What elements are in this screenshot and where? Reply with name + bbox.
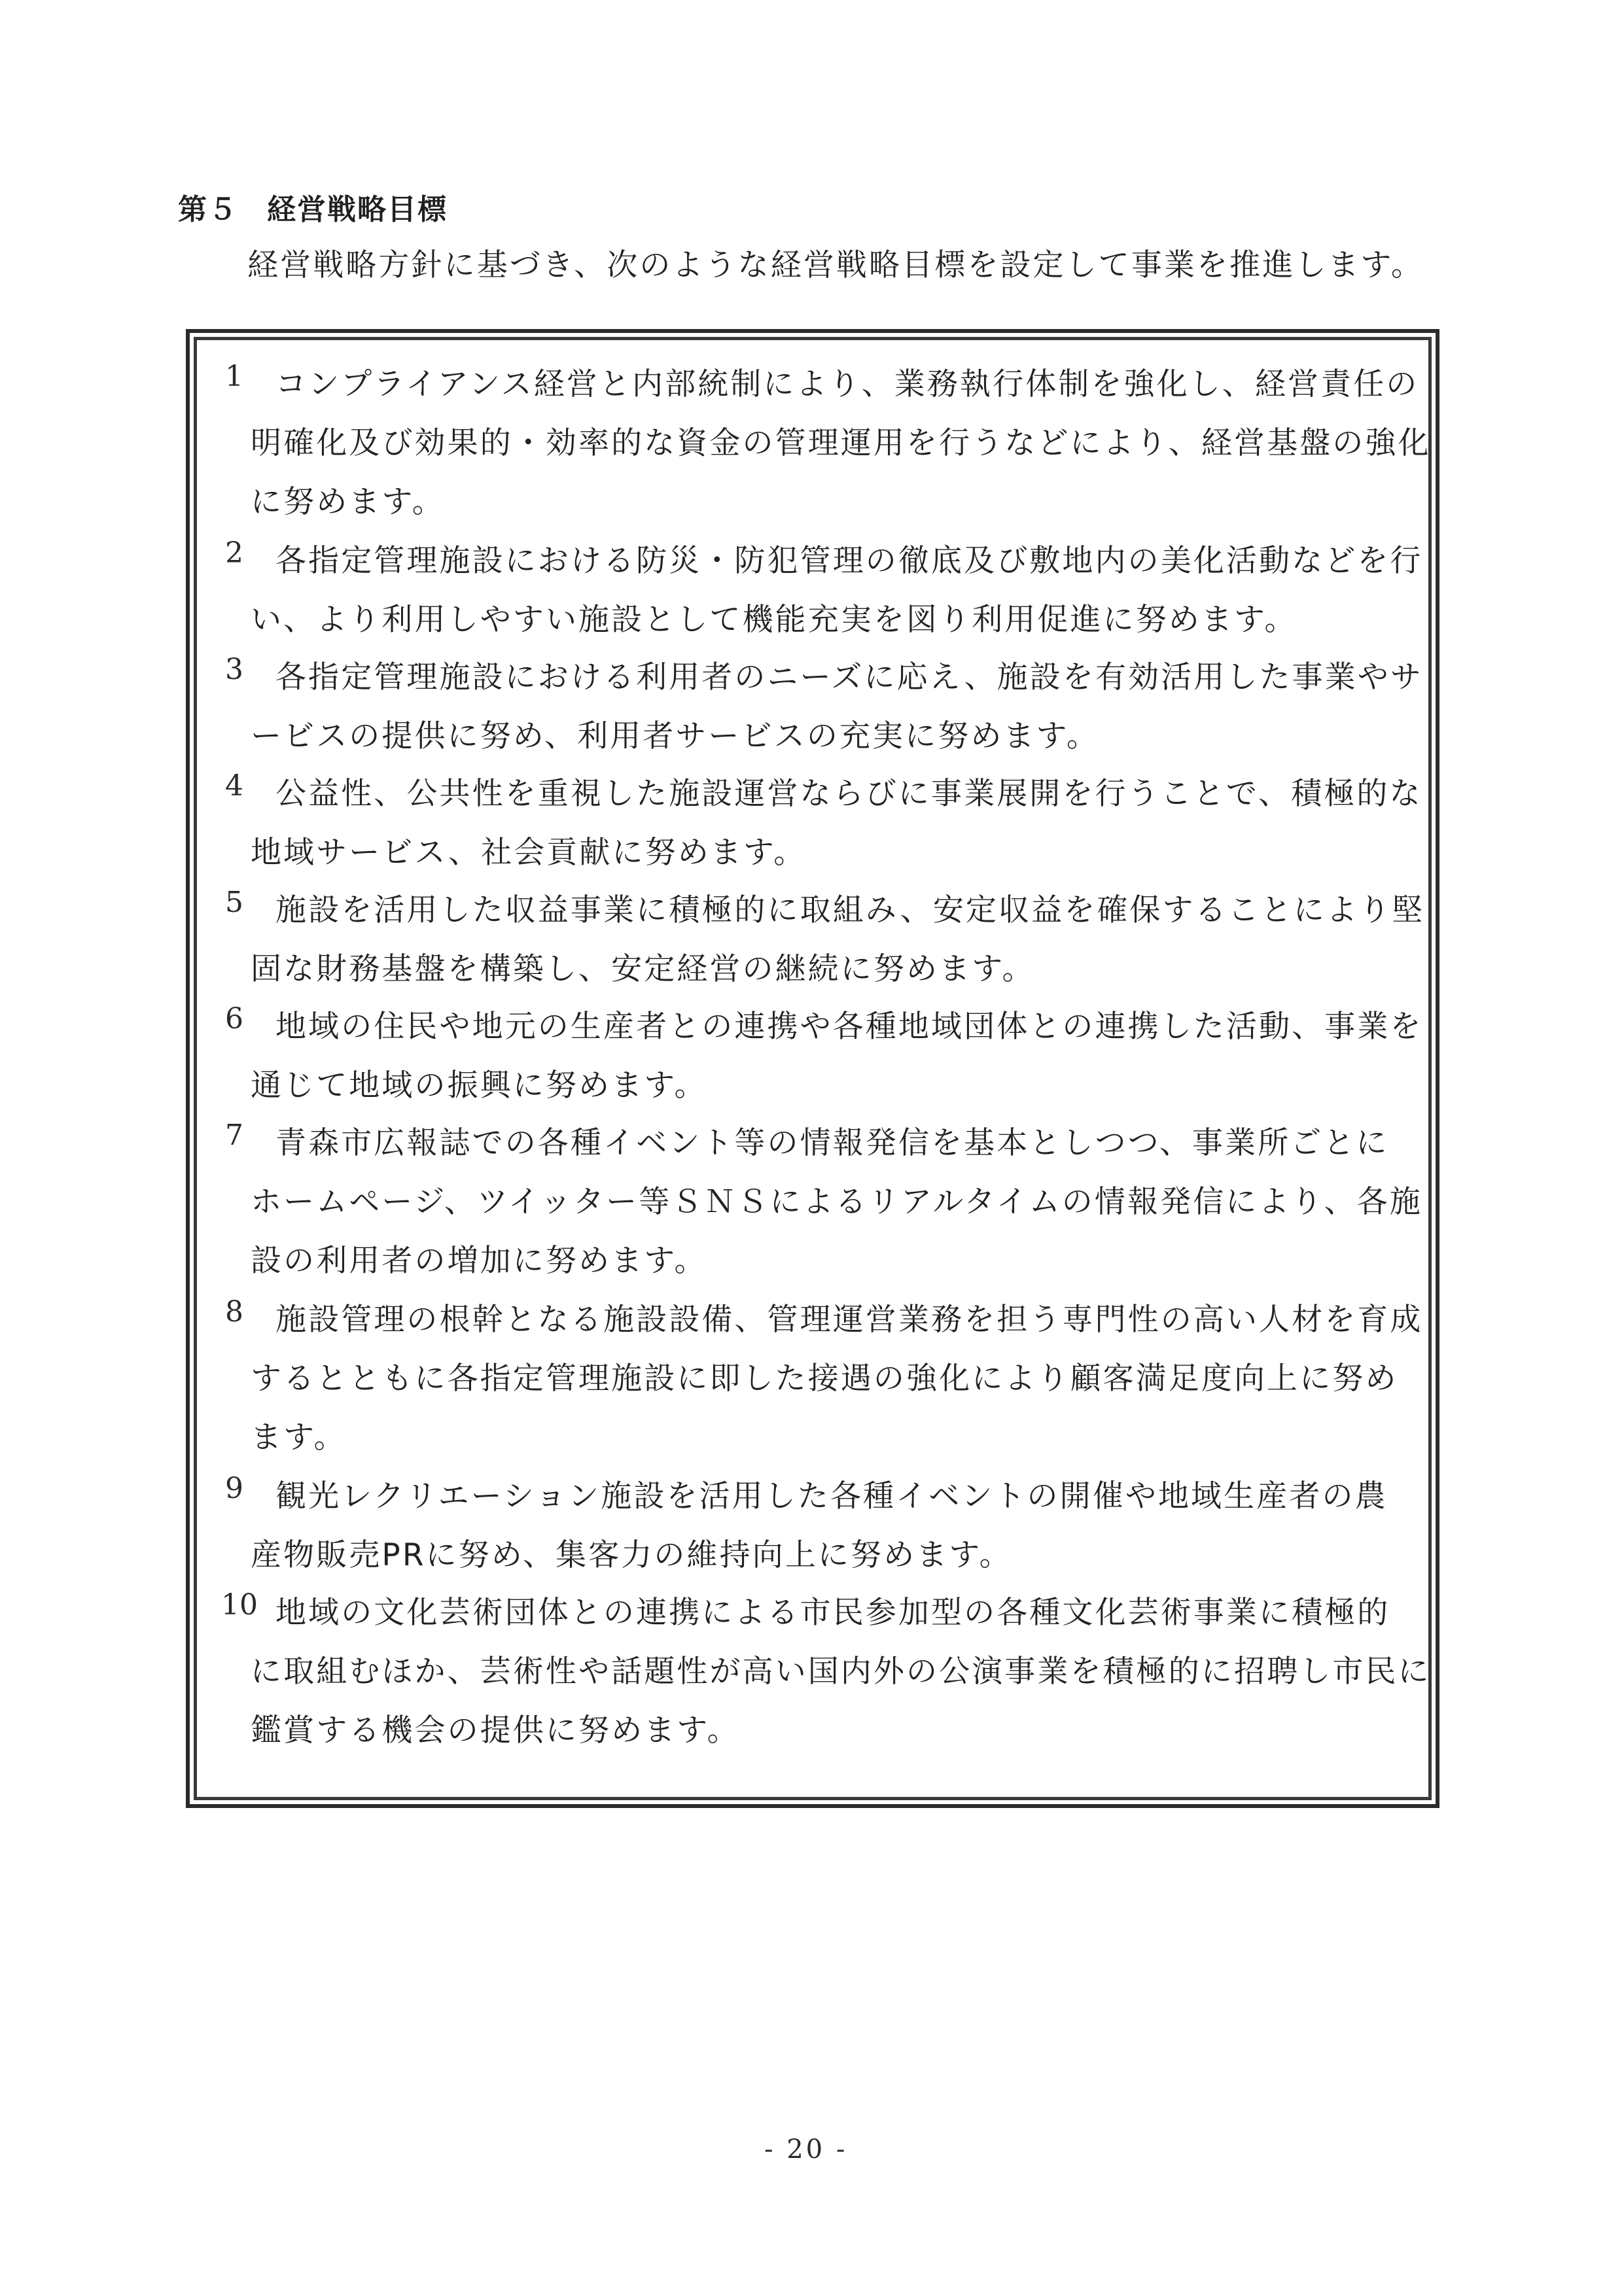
section-title: 経営戦略目標: [267, 193, 448, 226]
goal-number: 2: [225, 536, 243, 570]
goal-number: 4: [225, 769, 243, 803]
section-number: 第５: [178, 186, 238, 228]
goal-number: 7: [225, 1119, 243, 1152]
goal-line: 産物販売PRに努め、集客力の維持向上に努めます。: [251, 1531, 1012, 1574]
goal-line: 固な財務基盤を構築し、安定経営の継続に努めます。: [251, 945, 1035, 988]
goal-line: 青森市広報誌での各種イベント等の情報発信を基本としつつ、事業所ごとに: [275, 1119, 1389, 1162]
goal-number: 1: [225, 360, 243, 393]
goal-line: に努めます。: [251, 478, 445, 521]
section-heading: 第５経営戦略目標: [178, 186, 448, 228]
goal-number: 9: [225, 1472, 243, 1505]
goal-line: に取組むほか、芸術性や話題性が高い国内外の公演事業を積極的に招聘し市民に: [251, 1647, 1431, 1691]
intro-paragraph: 経営戦略方針に基づき、次のような経営戦略目標を設定して事業を推進します。: [247, 241, 1424, 285]
goal-number: 3: [225, 653, 243, 686]
goal-line: 観光レクリエーション施設を活用した各種イベントの開催や地域生産者の農: [275, 1472, 1388, 1516]
goal-number: 8: [225, 1295, 243, 1329]
goal-number: 5: [225, 886, 243, 919]
goal-line: 地域の文化芸術団体との連携による市民参加型の各種文化芸術事業に積極的: [275, 1588, 1390, 1632]
goal-line: 各指定管理施設における防災・防犯管理の徹底及び敷地内の美化活動などを行: [275, 536, 1423, 580]
goal-line: するとともに各指定管理施設に即した接遇の強化により顧客満足度向上に努め: [251, 1354, 1398, 1398]
goal-line: 明確化及び効果的・効率的な資金の管理運用を行うなどにより、経営基盤の強化: [251, 419, 1431, 462]
goal-line: コンプライアンス経営と内部統制により、業務執行体制を強化し、経営責任の: [275, 360, 1419, 404]
goal-line: 通じて地域の振興に努めます。: [251, 1061, 707, 1105]
goal-line: 施設管理の根幹となる施設設備、管理運営業務を担う専門性の高い人材を育成: [275, 1295, 1423, 1339]
goal-line: 地域の住民や地元の生産者との連携や各種地域団体との連携した活動、事業を: [275, 1002, 1423, 1046]
goal-number: 6: [225, 1002, 243, 1035]
goal-line: ます。: [251, 1413, 347, 1457]
goal-line: 設の利用者の増加に努めます。: [251, 1236, 707, 1280]
goals-frame-inner: 1 コンプライアンス経営と内部統制により、業務執行体制を強化し、経営責任の 明確…: [194, 337, 1432, 1800]
goal-number: 10: [221, 1588, 258, 1622]
goal-line: 地域サービス、社会貢献に努めます。: [251, 828, 806, 872]
goals-frame: 1 コンプライアンス経営と内部統制により、業務執行体制を強化し、経営責任の 明確…: [186, 329, 1439, 1808]
goal-line: い、より利用しやすい施設として機能充実を図り利用促進に努めます。: [251, 595, 1297, 639]
goal-line: 公益性、公共性を重視した施設運営ならびに事業展開を行うことで、積極的な: [275, 769, 1422, 813]
page-number: - 20 -: [764, 2134, 847, 2165]
goal-line: ービスの提供に努め、利用者サービスの充実に努めます。: [251, 712, 1099, 756]
goal-line: 各指定管理施設における利用者のニーズに応え、施設を有効活用した事業やサ: [275, 653, 1423, 697]
goal-line: 施設を活用した収益事業に積極的に取組み、安定収益を確保することにより堅: [275, 886, 1424, 930]
goal-line: 鑑賞する機会の提供に努めます。: [251, 1706, 740, 1750]
goal-line: ホームページ、ツイッター等ＳＮＳによるリアルタイムの情報発信により、各施: [251, 1177, 1422, 1221]
